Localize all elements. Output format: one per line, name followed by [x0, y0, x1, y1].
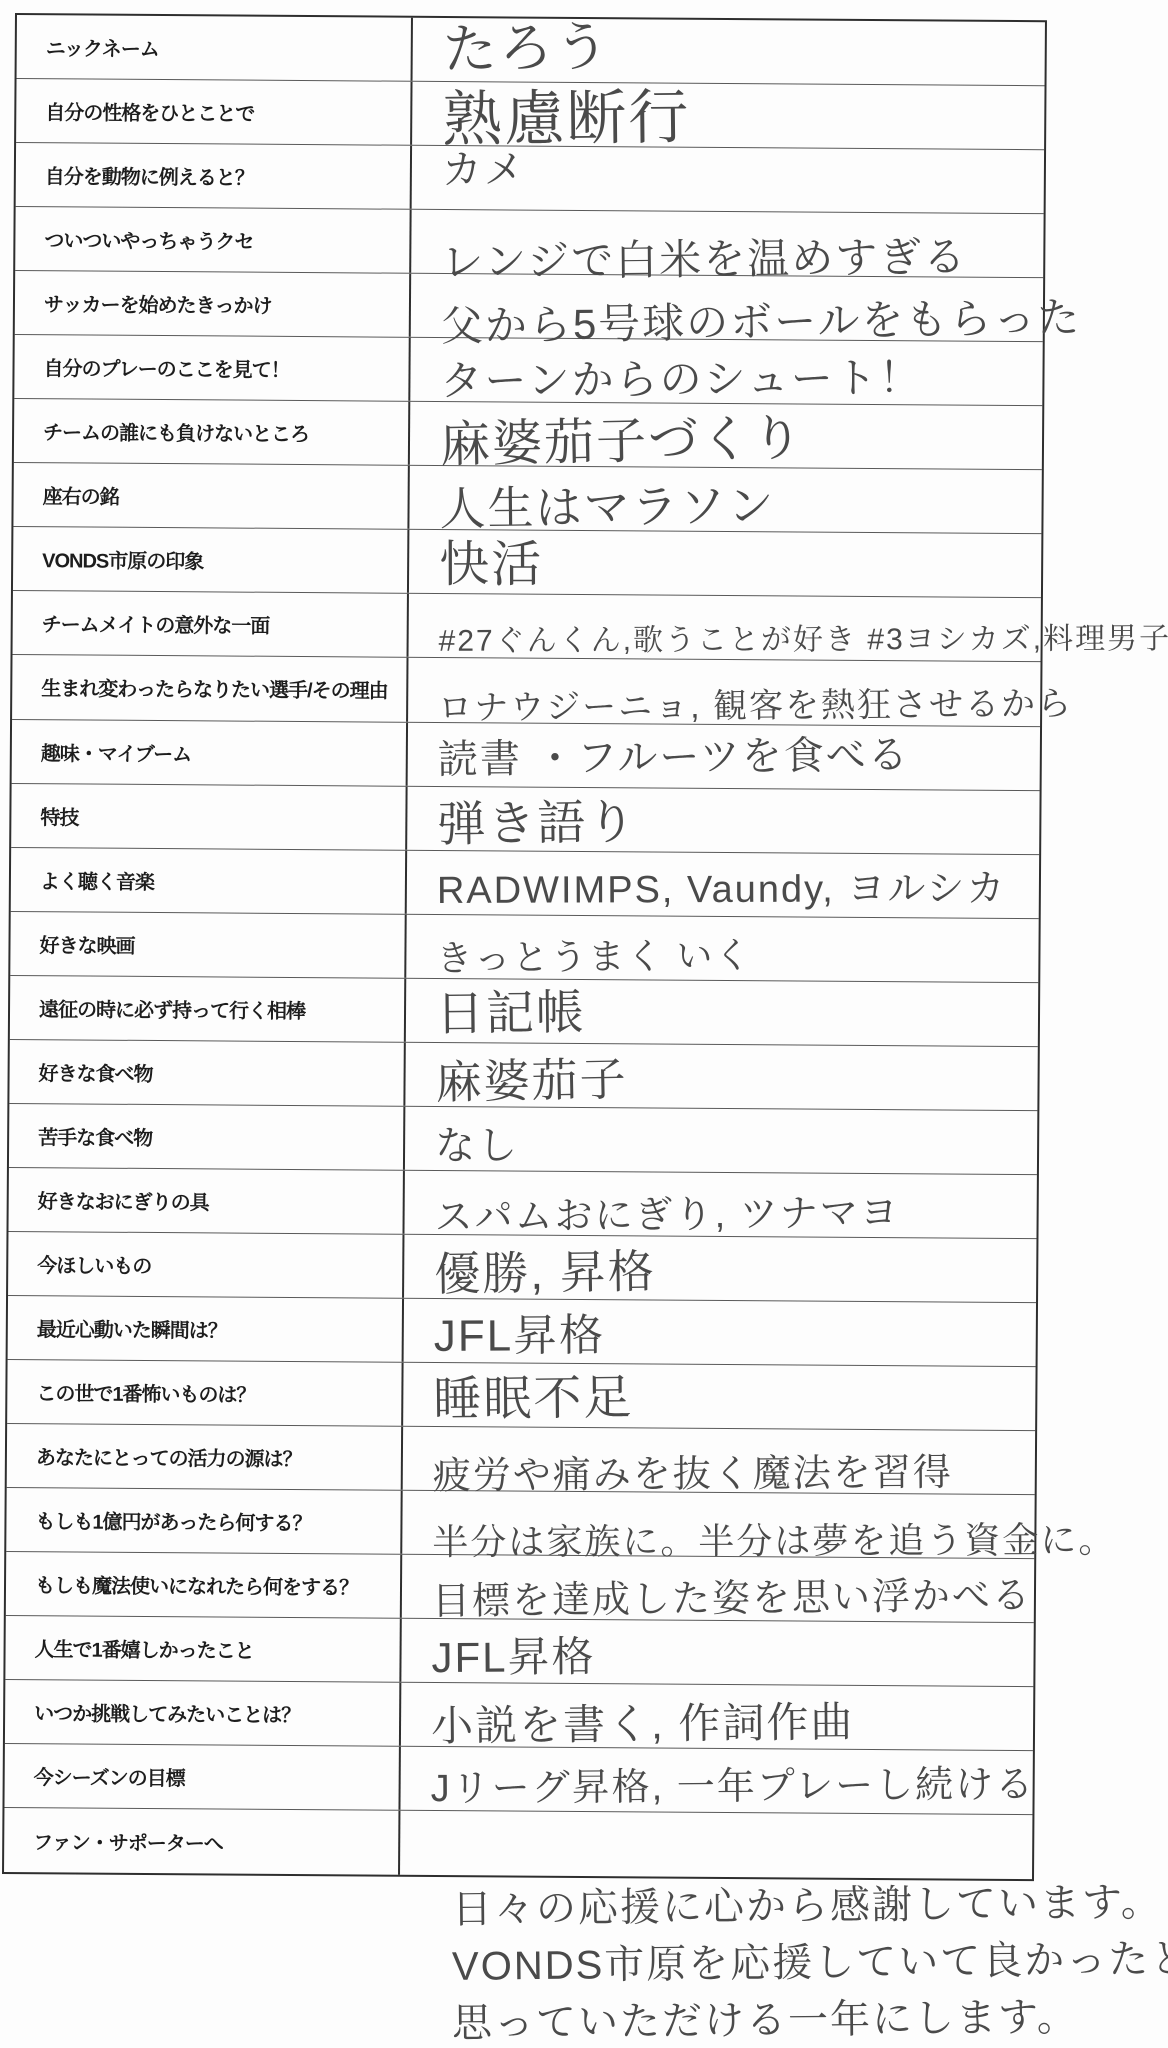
answer-text: JFL昇格 — [431, 1636, 595, 1679]
question-cell: 特技 — [11, 784, 407, 850]
answer-text: RADWIMPS, Vaundy, ヨルシカ — [437, 870, 1007, 910]
fan-message-line: VONDS市原を応援していて良かったと — [452, 1931, 1168, 1996]
answer-cell: RADWIMPS, Vaundy, ヨルシカ — [407, 850, 1039, 917]
table-row: もしも魔法使いになれたら何をする？目標を達成した姿を思い浮かべる — [6, 1552, 1034, 1623]
answer-cell: #27ぐんくん,歌うことが好き #3ヨシカズ,料理男子 — [409, 594, 1168, 662]
answer-cell: 熟慮断行 — [412, 82, 1044, 149]
answer-cell: 日記帳 — [406, 978, 1038, 1045]
answer-text: 快活 — [439, 539, 543, 589]
answer-text: 小説を書く, 作詞作曲 — [431, 1701, 855, 1747]
answer-text: きっとうまく いく — [436, 938, 752, 977]
profile-table: ニックネームたろう自分の性格をひとことで熟慮断行自分を動物に例えると？カメついつ… — [2, 13, 1047, 1882]
answer-cell: カメ — [412, 146, 1044, 213]
question-cell: あなたにとっての活力の源は？ — [7, 1424, 403, 1490]
question-cell: ニックネーム — [17, 15, 413, 81]
answer-text: 麻婆茄子 — [435, 1056, 628, 1106]
answer-text: #27ぐんくん,歌うことが好き #3ヨシカズ,料理男子 — [439, 624, 1168, 657]
answer-cell: 人生はマラソン — [409, 466, 1041, 533]
answer-text: 優勝, 昇格 — [434, 1249, 656, 1298]
question-label: 苦手な食べ物 — [38, 1121, 152, 1151]
question-cell: チームの誰にも負けないところ — [14, 399, 410, 465]
question-label: 遠征の時に必ず持って行く相棒 — [39, 993, 305, 1024]
question-cell: いつか挑戦してみたいことは？ — [5, 1680, 401, 1746]
table-row: 遠征の時に必ず持って行く相棒日記帳 — [10, 976, 1038, 1047]
answer-cell: 麻婆茄子 — [405, 1043, 1037, 1110]
question-cell: 趣味・マイブーム — [12, 720, 408, 786]
answer-cell: たろう — [413, 18, 1045, 85]
answer-text: 目標を達成した姿を思い浮かべる — [432, 1577, 1032, 1621]
table-row: ついついやっちゃうクセレンジで白米を温めすぎる — [15, 207, 1043, 278]
answer-cell: JFL昇格 — [404, 1299, 1036, 1366]
question-cell: 今シーズンの目標 — [4, 1744, 400, 1810]
answer-cell: 目標を達成した姿を思い浮かべる — [402, 1555, 1034, 1622]
question-cell: 苦手な食べ物 — [9, 1104, 405, 1170]
question-cell: もしも魔法使いになれたら何をする？ — [6, 1552, 402, 1618]
answer-text: スパムおにぎり, ツナマヨ — [434, 1195, 899, 1238]
question-label: いつか挑戦してみたいことは？ — [34, 1697, 300, 1728]
question-label: 自分の性格をひとことで — [45, 96, 254, 126]
table-row: この世で1番怖いものは？睡眠不足 — [7, 1360, 1035, 1431]
answer-cell: なし — [405, 1107, 1037, 1174]
table-row: 好きなおにぎりの具スパムおにぎり, ツナマヨ — [8, 1168, 1036, 1239]
table-row: 今ほしいもの優勝, 昇格 — [8, 1232, 1036, 1303]
answer-cell: 弾き語り — [407, 786, 1039, 853]
answer-cell: 疲労や痛みを抜く魔法を習得 — [403, 1427, 1035, 1494]
answer-text: レンジで白米を温めすぎる — [441, 236, 967, 284]
answer-cell: 麻婆茄子づくり — [410, 402, 1042, 469]
answer-cell: ロナウジーニョ, 観客を熱狂させるから — [408, 658, 1073, 726]
question-cell: サッカーを始めたきっかけ — [15, 271, 411, 337]
table-row: 人生で1番嬉しかったことJFL昇格 — [5, 1616, 1033, 1687]
answer-text: 疲労や痛みを抜く魔法を習得 — [433, 1453, 953, 1495]
question-cell: この世で1番怖いものは？ — [7, 1360, 403, 1426]
question-label: 今ほしいもの — [37, 1249, 151, 1279]
table-row: もしも1億円があったら何する？半分は家族に。半分は夢を追う資金に。 — [6, 1488, 1034, 1559]
question-label: 人生で1番嬉しかったこと — [34, 1633, 253, 1664]
question-label: 生まれ変わったらなりたい選手/その理由 — [41, 673, 388, 704]
answer-text: JFL昇格 — [434, 1315, 606, 1360]
question-cell: 最近心動いた瞬間は？ — [8, 1296, 404, 1362]
question-label: 特技 — [40, 801, 78, 830]
question-cell: 好きなおにぎりの具 — [8, 1168, 404, 1234]
answer-text: 麻婆茄子づくり — [440, 413, 805, 470]
table-row: 自分を動物に例えると？カメ — [16, 143, 1044, 214]
question-cell: 今ほしいもの — [8, 1232, 404, 1298]
question-cell: 自分のプレーのここを見て！ — [14, 335, 410, 401]
question-label: ファン・サポーターへ — [33, 1826, 223, 1856]
answer-text: 読書 ・フルーツを食べる — [438, 735, 910, 780]
answer-text: 睡眠不足 — [433, 1374, 634, 1424]
table-row: 好きな食べ物麻婆茄子 — [9, 1040, 1037, 1111]
question-label: 今シーズンの目標 — [34, 1761, 185, 1791]
answer-text: 半分は家族に。半分は夢を追う資金に。 — [432, 1522, 1116, 1560]
question-label: 最近心動いた瞬間は？ — [37, 1313, 227, 1343]
table-row: 好きな映画きっとうまく いく — [10, 912, 1038, 983]
question-label: 好きな映画 — [39, 929, 134, 959]
answer-text: Jリーグ昇格, 一年プレーし続ける — [431, 1766, 1036, 1808]
answer-text: カメ — [442, 150, 526, 190]
question-label: ニックネーム — [46, 32, 159, 62]
table-row: よく聴く音楽RADWIMPS, Vaundy, ヨルシカ — [11, 848, 1039, 919]
answer-cell: 睡眠不足 — [403, 1363, 1035, 1430]
question-cell: よく聴く音楽 — [11, 848, 407, 914]
table-row: 最近心動いた瞬間は？JFL昇格 — [8, 1296, 1036, 1367]
question-cell: 好きな食べ物 — [9, 1040, 405, 1106]
answer-text: 熟慮断行 — [442, 87, 691, 150]
question-cell: 遠征の時に必ず持って行く相棒 — [10, 976, 406, 1042]
answer-cell: Jリーグ昇格, 一年プレーし続ける — [400, 1747, 1035, 1814]
table-row: 座右の銘人生はマラソン — [13, 463, 1041, 534]
question-cell: 好きな映画 — [10, 912, 406, 978]
table-row: 自分の性格をひとことで熟慮断行 — [16, 79, 1044, 150]
answer-cell: きっとうまく いく — [406, 914, 1038, 981]
question-label: ついついやっちゃうクセ — [44, 224, 253, 254]
question-label: もしも魔法使いになれたら何をする？ — [35, 1569, 358, 1600]
question-label: 好きなおにぎりの具 — [38, 1185, 209, 1215]
question-label: よく聴く音楽 — [40, 865, 154, 895]
answer-text: ターンからのシュート！ — [440, 357, 923, 402]
question-label: チームの誰にも負けないところ — [43, 417, 309, 448]
table-row: あなたにとっての活力の源は？疲労や痛みを抜く魔法を習得 — [7, 1424, 1035, 1495]
table-row: 苦手な食べ物なし — [9, 1104, 1037, 1175]
question-cell: ついついやっちゃうクセ — [15, 207, 411, 273]
question-cell: 生まれ変わったらなりたい選手/その理由 — [12, 655, 408, 721]
question-label: 好きな食べ物 — [39, 1057, 153, 1087]
question-label: 自分のプレーのここを見て！ — [43, 352, 289, 383]
answer-cell: 半分は家族に。半分は夢を追う資金に。 — [402, 1491, 1116, 1559]
question-label: この世で1番怖いものは？ — [36, 1377, 255, 1408]
question-label: あなたにとっての活力の源は？ — [36, 1441, 302, 1472]
answer-text: たろう — [442, 19, 611, 76]
table-row: 趣味・マイブーム読書 ・フルーツを食べる — [12, 720, 1040, 791]
question-label: 座右の銘 — [43, 481, 119, 511]
table-row: 特技弾き語り — [11, 784, 1039, 855]
table-row: ニックネームたろう — [17, 15, 1045, 86]
fan-message-handwriting: 日々の応援に心から感謝しています。VONDS市原を応援していて良かったと思ってい… — [452, 1878, 1168, 2048]
answer-text: なし — [435, 1126, 519, 1167]
question-cell: 自分の性格をひとことで — [16, 79, 412, 145]
scanned-questionnaire-page: ニックネームたろう自分の性格をひとことで熟慮断行自分を動物に例えると？カメついつ… — [0, 0, 1168, 2048]
question-label: 自分を動物に例えると？ — [45, 160, 254, 190]
question-label: VONDS市原の印象 — [42, 545, 203, 575]
question-cell: ファン・サポーターへ — [4, 1808, 400, 1875]
question-label: チームメイトの意外な一面 — [42, 609, 270, 640]
answer-cell: 優勝, 昇格 — [404, 1235, 1036, 1302]
question-cell: チームメイトの意外な一面 — [13, 591, 409, 657]
table-row: 生まれ変わったらなりたい選手/その理由ロナウジーニョ, 観客を熱狂させるから — [12, 655, 1040, 726]
answer-cell — [400, 1811, 1032, 1879]
fan-message-line: 日々の応援に心から感謝しています。 — [452, 1874, 1168, 1939]
answer-text: 父から5号球のボールをもらった — [441, 296, 1082, 347]
question-cell: 自分を動物に例えると？ — [16, 143, 412, 209]
fan-message-line: 思っていただける一年にします。 — [452, 1988, 1168, 2048]
answer-text: 弾き語り — [437, 799, 638, 850]
table-row: チームの誰にも負けないところ麻婆茄子づくり — [14, 399, 1042, 470]
answer-cell: JFL昇格 — [401, 1619, 1033, 1686]
answer-cell: 快活 — [409, 530, 1041, 597]
table-row: いつか挑戦してみたいことは？小説を書く, 作詞作曲 — [5, 1680, 1033, 1751]
table-row: チームメイトの意外な一面#27ぐんくん,歌うことが好き #3ヨシカズ,料理男子 — [13, 591, 1041, 662]
question-cell: 人生で1番嬉しかったこと — [5, 1616, 401, 1682]
answer-cell: 読書 ・フルーツを食べる — [408, 722, 1040, 789]
question-cell: もしも1億円があったら何する？ — [6, 1488, 402, 1554]
question-label: 趣味・マイブーム — [41, 737, 192, 767]
answer-text: ロナウジーニョ, 観客を熱狂させるから — [438, 687, 1073, 725]
question-cell: VONDS市原の印象 — [13, 527, 409, 593]
answer-cell: スパムおにぎり, ツナマヨ — [404, 1171, 1036, 1238]
answer-text: 人生はマラソン — [439, 482, 775, 532]
question-cell: 座右の銘 — [13, 463, 409, 529]
table-row: VONDS市原の印象快活 — [13, 527, 1041, 598]
answer-text: 日記帳 — [436, 990, 587, 1040]
question-label: もしも1億円があったら何する？ — [35, 1505, 311, 1536]
table-row: 今シーズンの目標Jリーグ昇格, 一年プレーし続ける — [4, 1744, 1032, 1815]
answer-cell: レンジで白米を温めすぎる — [411, 210, 1043, 277]
answer-cell: 小説を書く, 作詞作曲 — [401, 1683, 1033, 1750]
table-row: ファン・サポーターへ — [4, 1808, 1032, 1879]
question-label: サッカーを始めたきっかけ — [44, 288, 272, 319]
